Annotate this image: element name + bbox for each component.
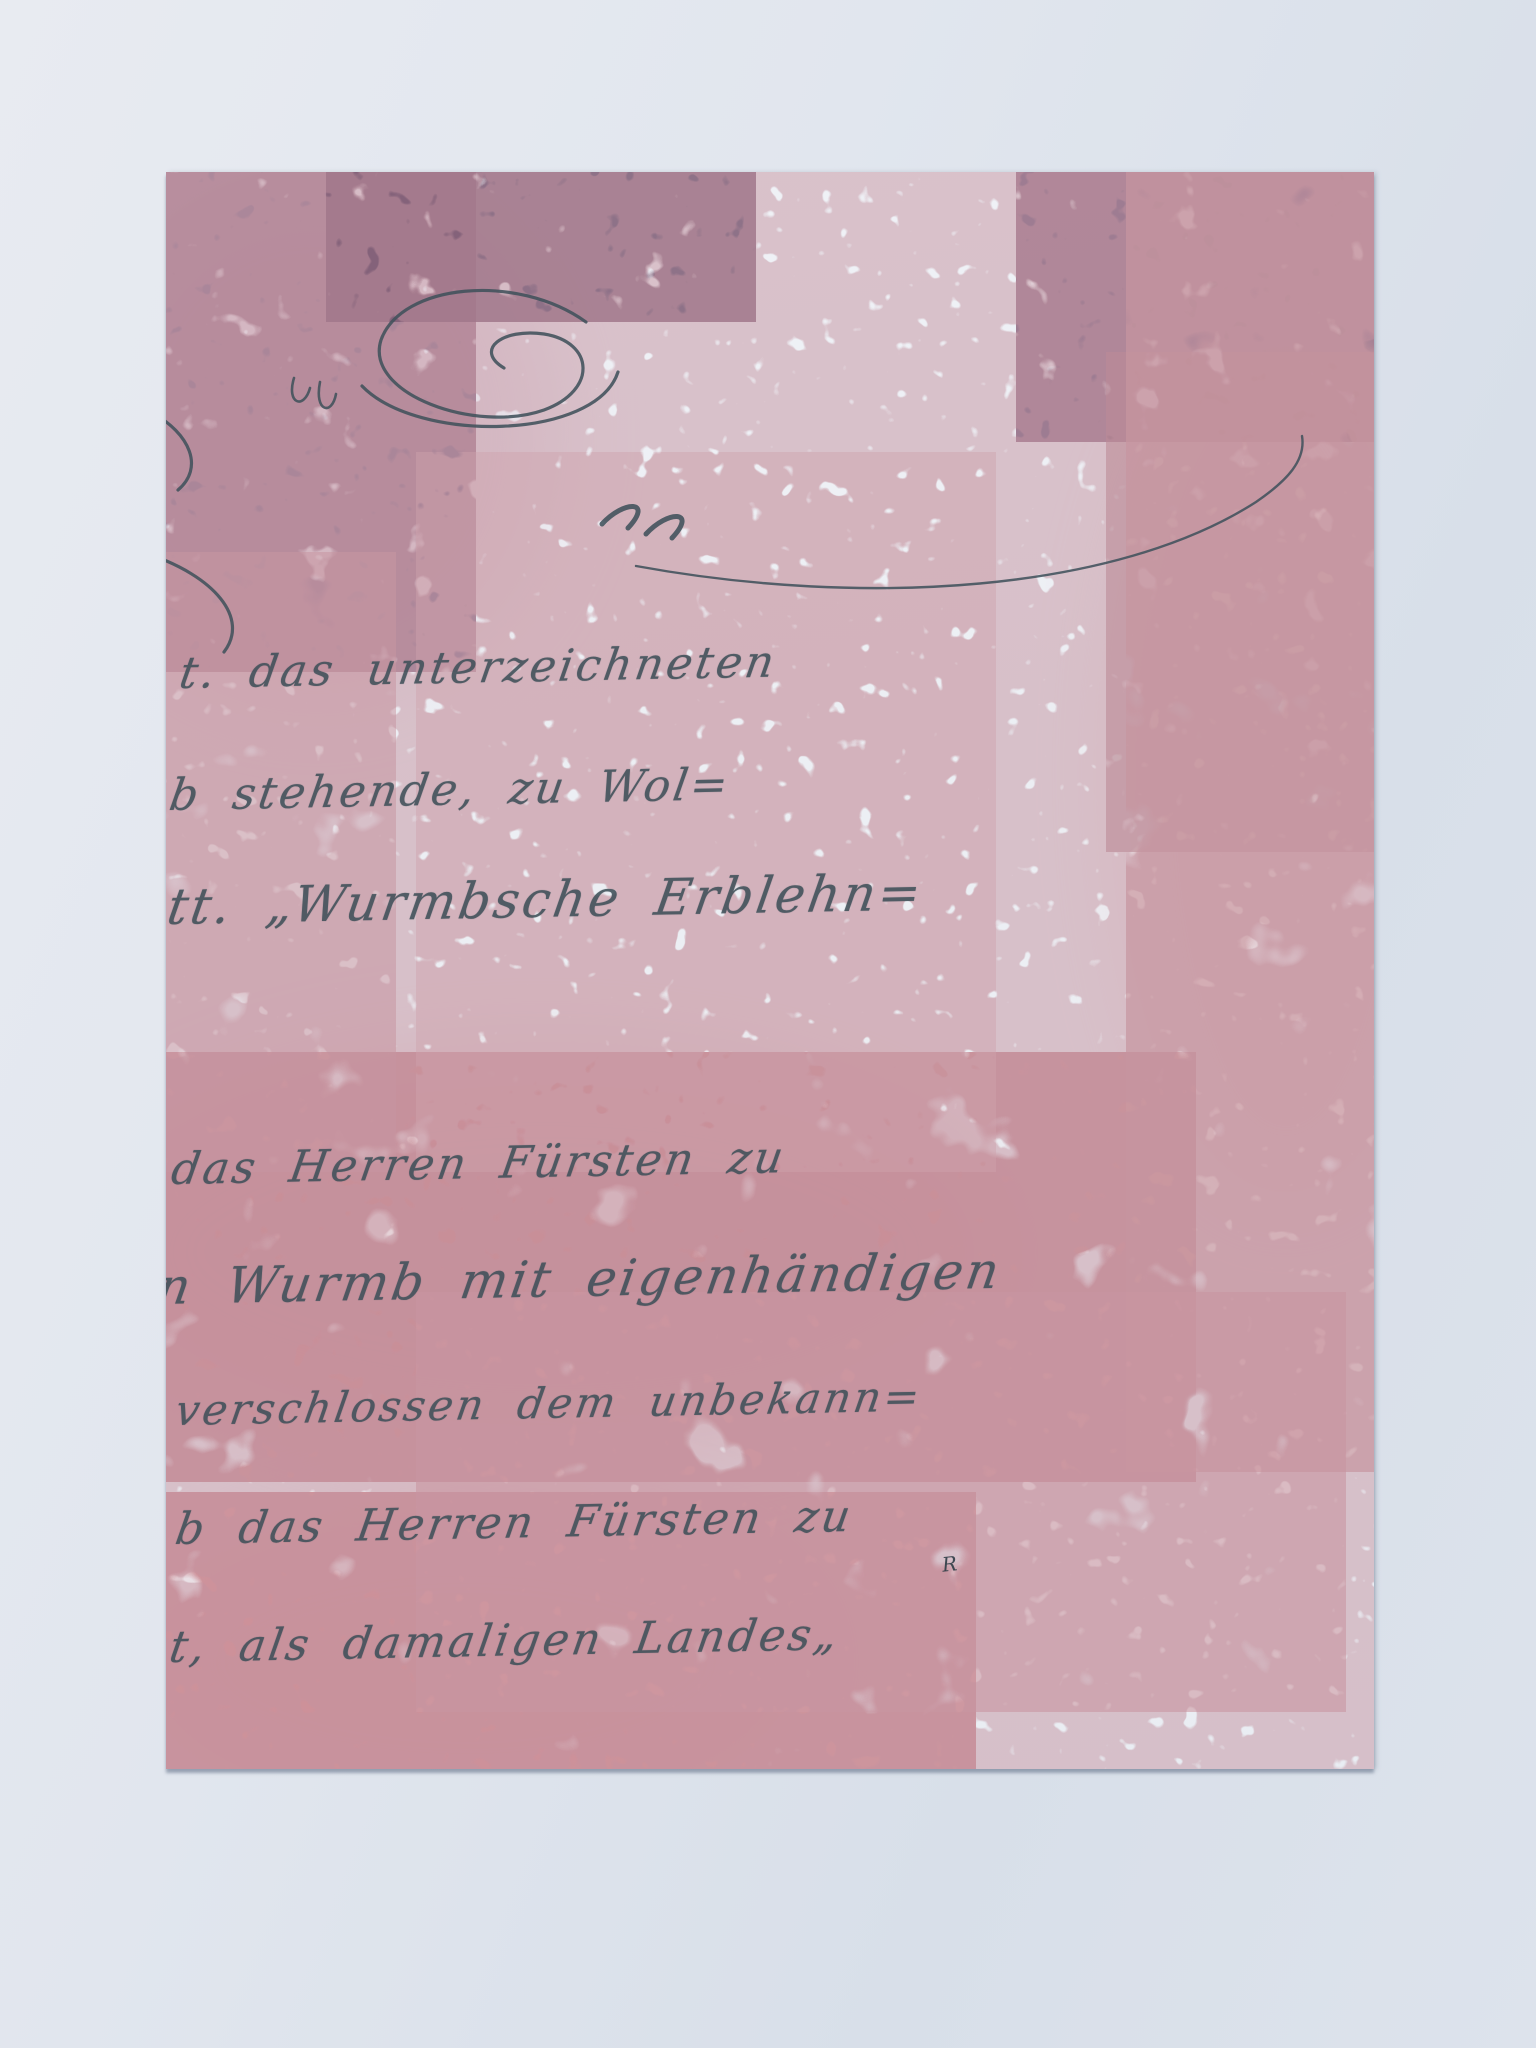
numeral-squiggle-icon <box>292 378 336 408</box>
cut-flourish-upper-icon <box>166 412 191 490</box>
long-underline-flourish-icon <box>636 436 1303 588</box>
photo-of-manuscript: { "document": { "description": "Photogra… <box>0 0 1536 2048</box>
superscript-mark: R <box>941 1551 958 1576</box>
spiral-paraph-icon <box>379 290 586 417</box>
manuscript-line: b stehende, zu Wol= <box>166 759 734 821</box>
cut-flourish-lower-icon <box>166 554 232 652</box>
double-tick-icon <box>602 506 682 538</box>
manuscript-page: t. das unterzeichneten b stehende, zu Wo… <box>166 172 1374 1769</box>
